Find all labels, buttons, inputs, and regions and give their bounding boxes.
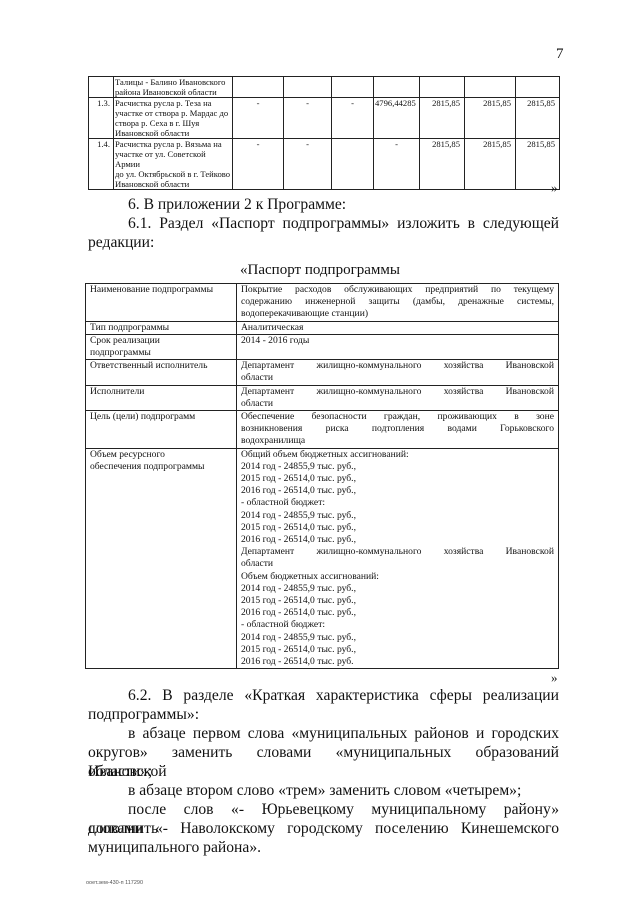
row-name-line: Расчистка русла р. Вязьма на	[115, 139, 231, 149]
value-cell	[374, 77, 420, 98]
passport-value: Аналитическая	[237, 321, 559, 334]
passport-value-line: области	[241, 558, 554, 570]
passport-value-line: Аналитическая	[241, 322, 554, 334]
passport-value-line: области	[241, 398, 554, 410]
row-number	[89, 77, 114, 98]
row-name-line: участке от створа р. Мардас до	[115, 108, 231, 118]
passport-label-line: Цель (цели) подпрограмм	[90, 411, 232, 423]
table-row: Талицы - Балино Ивановскогорайона Иванов…	[89, 77, 560, 98]
passport-label: Цель (цели) подпрограмм	[86, 411, 237, 449]
row-name-line: Талицы - Балино Ивановского	[115, 77, 231, 87]
passport-value: 2014 - 2016 годы	[237, 334, 559, 359]
row-name-line: Ивановской области	[115, 179, 231, 189]
row-number: 1.3.	[89, 98, 114, 139]
value-cell: 2815,85	[420, 139, 465, 190]
closing-quote-1: »	[551, 180, 558, 196]
passport-value: Покрытие расходов обслуживающих предприя…	[237, 284, 559, 322]
passport-title: «Паспорт подпрограммы	[0, 262, 640, 279]
page-number: 7	[556, 46, 564, 63]
value-cell: -	[332, 98, 374, 139]
value-cell: 2815,85	[420, 98, 465, 139]
passport-value-line: водохранилища	[241, 435, 554, 447]
value-cell	[332, 77, 374, 98]
passport-value-line: 2016 год - 26514,0 тыс. руб.,	[241, 607, 554, 619]
passport-label: Исполнители	[86, 385, 237, 410]
passport-value: Департамент жилищно-коммунального хозяйс…	[237, 360, 559, 385]
passport-row: Тип подпрограммыАналитическая	[86, 321, 559, 334]
passport-label: Ответственный исполнитель	[86, 360, 237, 385]
passport-value-line: Департамент жилищно-коммунального хозяйс…	[241, 546, 554, 558]
para-1-line3: области»;	[88, 763, 559, 782]
closing-quote-2: »	[551, 670, 558, 686]
row-name-line: участке от ул. Советской Армии	[115, 149, 231, 169]
passport-value-line: - областной бюджет:	[241, 619, 554, 631]
passport-label: Наименование подпрограммы	[86, 284, 237, 322]
passport-value-line: 2015 год - 26514,0 тыс. руб.,	[241, 595, 554, 607]
passport-value-line: Общий объем бюджетных ассигнований:	[241, 449, 554, 461]
section-6-heading: 6. В приложении 2 к Программе:	[88, 196, 559, 215]
passport-value-line: 2016 год - 26514,0 тыс. руб.	[241, 656, 554, 668]
document-footer-code: ооет.зем-430-п 117290	[86, 880, 143, 886]
passport-row: Цель (цели) подпрограммОбеспечение безоп…	[86, 411, 559, 449]
row-number: 1.4.	[89, 139, 114, 190]
passport-value: Обеспечение безопасности граждан, прожив…	[237, 411, 559, 449]
value-cell	[233, 77, 284, 98]
value-cell	[465, 77, 516, 98]
para-3-line2: словами «- Наволокскому городскому посел…	[88, 820, 559, 839]
passport-label-line: Объем ресурсного	[90, 449, 232, 461]
passport-value-line: Департамент жилищно-коммунального хозяйс…	[241, 386, 554, 398]
passport-row: ИсполнителиДепартамент жилищно-коммуналь…	[86, 385, 559, 410]
row-name-line: Расчистка русла р. Теза на	[115, 98, 231, 108]
passport-label-line: обеспечения подпрограммы	[90, 461, 232, 473]
value-cell: 4796,44285	[374, 98, 420, 139]
passport-label-line: Ответственный исполнитель	[90, 360, 232, 372]
passport-label-line: Наименование подпрограммы	[90, 284, 232, 296]
value-cell: -	[374, 139, 420, 190]
section-6-2-line2: подпрограммы»:	[88, 706, 559, 725]
value-cell: 2815,85	[516, 98, 560, 139]
passport-value-line: области	[241, 372, 554, 384]
table-row: 1.3.Расчистка русла р. Теза научастке от…	[89, 98, 560, 139]
passport-value-line: 2014 год - 24855,9 тыс. руб.,	[241, 510, 554, 522]
passport-label-line: Тип подпрограммы	[90, 322, 232, 334]
para-3-line3: муниципального района».	[88, 839, 559, 858]
value-cell	[284, 77, 332, 98]
passport-label-line: Исполнители	[90, 386, 232, 398]
passport-value-line: 2015 год - 26514,0 тыс. руб.,	[241, 473, 554, 485]
value-cell: 2815,85	[465, 139, 516, 190]
passport-value-line: возникновения риска подтопления водами Г…	[241, 423, 554, 435]
value-cell: -	[284, 139, 332, 190]
passport-label: Объем ресурсногообеспечения подпрограммы	[86, 448, 237, 669]
passport-value: Департамент жилищно-коммунального хозяйс…	[237, 385, 559, 410]
passport-value: Общий объем бюджетных ассигнований:2014 …	[237, 448, 559, 669]
passport-value-line: Обеспечение безопасности граждан, прожив…	[241, 411, 554, 423]
table-row: 1.4.Расчистка русла р. Вязьма научастке …	[89, 139, 560, 190]
value-cell: -	[233, 139, 284, 190]
value-cell	[420, 77, 465, 98]
passport-row: Ответственный исполнительДепартамент жил…	[86, 360, 559, 385]
passport-value-line: Департамент жилищно-коммунального хозяйс…	[241, 360, 554, 372]
passport-value-line: 2015 год - 26514,0 тыс. руб.,	[241, 644, 554, 656]
row-name-line: створа р. Сеха в г. Шуя	[115, 118, 231, 128]
value-cell	[332, 139, 374, 190]
passport-table: Наименование подпрограммыПокрытие расход…	[85, 283, 559, 669]
para-1-line1: в абзаце первом слова «муниципальных рай…	[88, 725, 559, 744]
value-cell	[516, 77, 560, 98]
passport-value-line: содержанию инженерной защиты (дамбы, дре…	[241, 296, 554, 308]
row-name-line: района Ивановской области	[115, 87, 231, 97]
row-name-line: до ул. Октябрьской в г. Тейково	[115, 169, 231, 179]
row-name: Расчистка русла р. Вязьма научастке от у…	[114, 139, 233, 190]
passport-value-line: 2016 год - 26514,0 тыс. руб.,	[241, 534, 554, 546]
section-6-1-line2: редакции:	[88, 234, 559, 253]
passport-value-line: 2015 год - 26514,0 тыс. руб.,	[241, 522, 554, 534]
funding-table-continuation: Талицы - Балино Ивановскогорайона Иванов…	[88, 76, 560, 190]
passport-value-line: 2014 год - 24855,9 тыс. руб.,	[241, 583, 554, 595]
passport-row: Объем ресурсногообеспечения подпрограммы…	[86, 448, 559, 669]
passport-value-line: 2014 год - 24855,9 тыс. руб.,	[241, 632, 554, 644]
passport-value-line: - областной бюджет:	[241, 497, 554, 509]
section-6-1-line1: 6.1. Раздел «Паспорт подпрограммы» излож…	[88, 215, 559, 234]
passport-label: Срок реализацииподпрограммы	[86, 334, 237, 359]
value-cell: 2815,85	[465, 98, 516, 139]
value-cell: -	[284, 98, 332, 139]
passport-row: Срок реализацииподпрограммы2014 - 2016 г…	[86, 334, 559, 359]
row-name-line: Ивановской области	[115, 128, 231, 138]
passport-value-line: Объем бюджетных ассигнований:	[241, 571, 554, 583]
passport-label-line: подпрограммы	[90, 347, 232, 359]
passport-value-line: водоперекачивающие станции)	[241, 308, 554, 320]
passport-value-line: 2016 год - 26514,0 тыс. руб.,	[241, 485, 554, 497]
passport-label-line: Срок реализации	[90, 335, 232, 347]
row-name: Талицы - Балино Ивановскогорайона Иванов…	[114, 77, 233, 98]
passport-value-line: Покрытие расходов обслуживающих предприя…	[241, 284, 554, 296]
passport-value-line: 2014 год - 24855,9 тыс. руб.,	[241, 461, 554, 473]
row-name: Расчистка русла р. Теза научастке от ств…	[114, 98, 233, 139]
passport-row: Наименование подпрограммыПокрытие расход…	[86, 284, 559, 322]
passport-label: Тип подпрограммы	[86, 321, 237, 334]
para-2: в абзаце втором слово «трем» заменить сл…	[88, 782, 559, 801]
value-cell: -	[233, 98, 284, 139]
section-6-2-line1: 6.2. В разделе «Краткая характеристика с…	[88, 687, 559, 706]
passport-value-line: 2014 - 2016 годы	[241, 335, 554, 347]
